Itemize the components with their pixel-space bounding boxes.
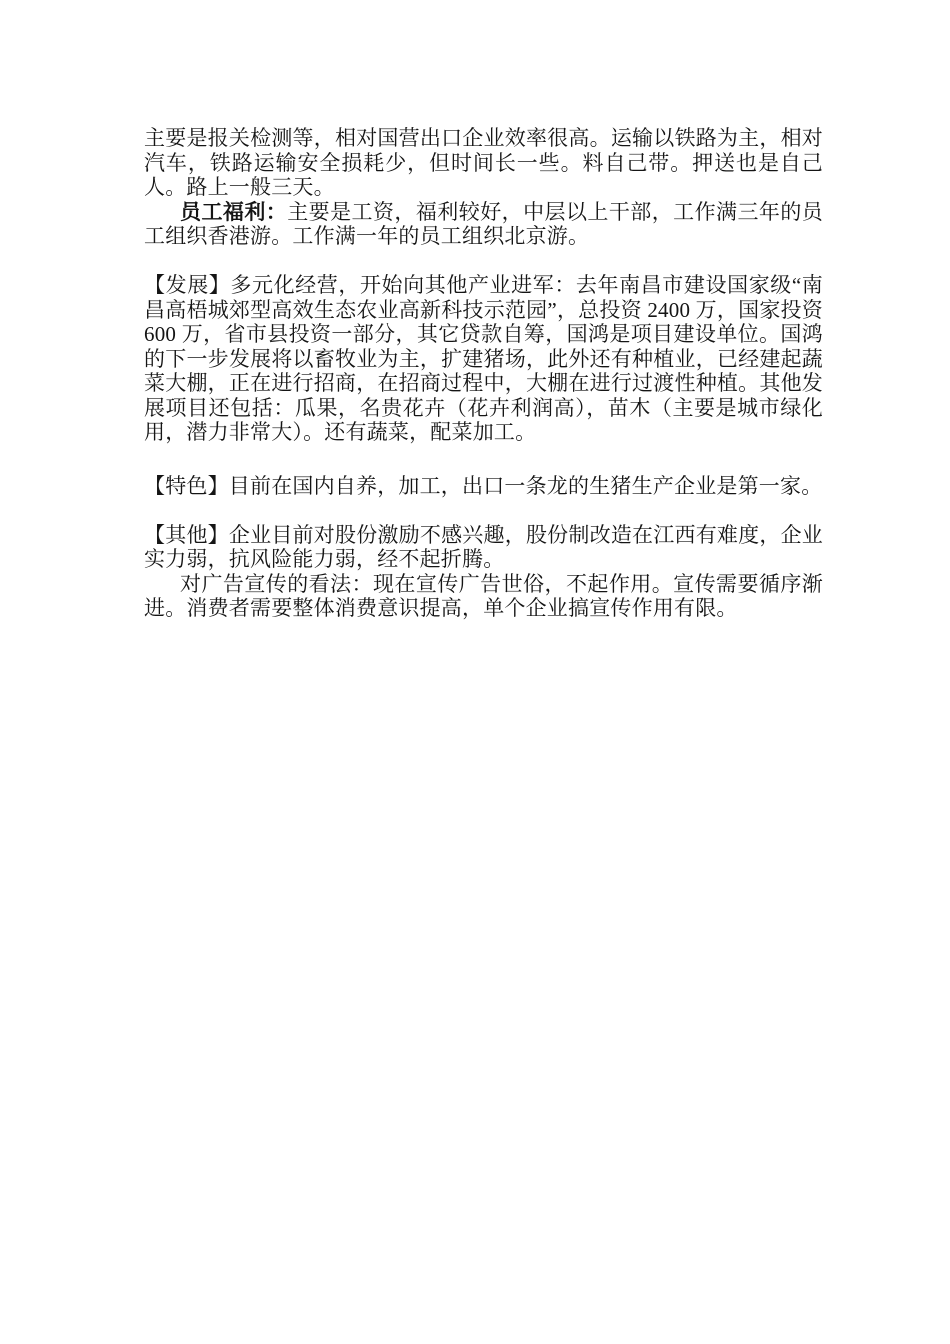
paragraph-spacer: [144, 249, 823, 274]
text-body: 主要是报关检测等，相对国营出口企业效率很高。运输以铁路为主，相对汽车，铁路运输安…: [144, 126, 823, 621]
paragraph-employee-welfare: 员工福利：主要是工资，福利较好，中层以上干部，工作满三年的员工组织香港游。工作满…: [144, 200, 823, 249]
section-others: 【其他】企业目前对股份激励不感兴趣，股份制改造在江西有难度，企业实力弱，抗风险能…: [144, 523, 823, 572]
paragraph-spacer: [144, 445, 823, 474]
paragraph-spacer: [144, 498, 823, 523]
paragraph-customs-transport: 主要是报关检测等，相对国营出口企业效率很高。运输以铁路为主，相对汽车，铁路运输安…: [144, 126, 823, 200]
paragraph-advertising-view: 对广告宣传的看法：现在宣传广告世俗，不起作用。宣传需要循序渐进。消费者需要整体消…: [144, 572, 823, 621]
section-development: 【发展】多元化经营，开始向其他产业进军：去年南昌市建设国家级“南昌高梧城郊型高效…: [144, 273, 823, 445]
employee-welfare-label: 员工福利：: [180, 200, 287, 224]
document-page: 主要是报关检测等，相对国营出口企业效率很高。运输以铁路为主，相对汽车，铁路运输安…: [0, 0, 950, 1344]
section-features: 【特色】目前在国内自养，加工，出口一条龙的生猪生产企业是第一家。: [144, 474, 823, 499]
